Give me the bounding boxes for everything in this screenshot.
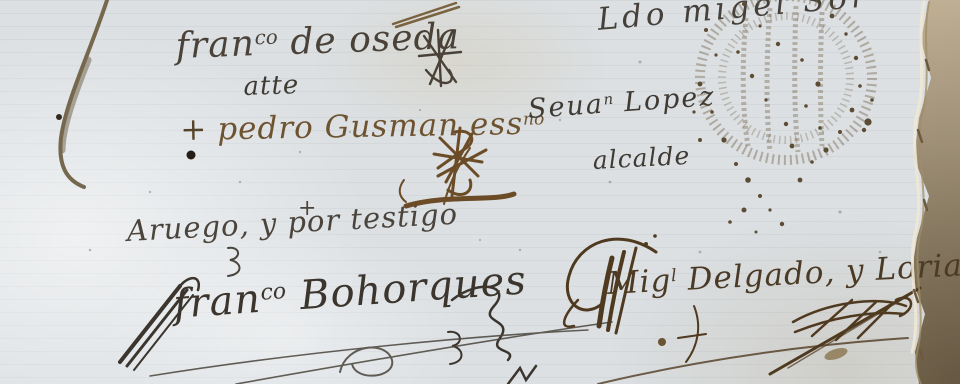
flourish-underlines (150, 322, 612, 384)
ink-seal-stamp (692, 0, 873, 234)
ink-flourish-layer (0, 0, 960, 384)
paper-holes (56, 114, 666, 346)
manuscript-photo: franco de oseda atte +pedro Gusman essno… (0, 0, 960, 384)
torn-edge (912, 2, 929, 384)
delgado-rubric (598, 288, 920, 384)
delgado-initial-flourish (564, 234, 706, 362)
bottom-center-mark (508, 366, 536, 384)
left-bracket-flourish (60, 0, 109, 187)
oseda-rubric (419, 30, 461, 86)
testigo-flourish (228, 248, 240, 276)
ink-specks (89, 61, 882, 254)
top-diagonal-stroke (393, 3, 459, 27)
guzman-rubric (400, 128, 514, 206)
seal-speckles (692, 2, 873, 234)
bohorques-initial-flourish (120, 278, 199, 370)
bohorques-rubric (448, 287, 510, 364)
